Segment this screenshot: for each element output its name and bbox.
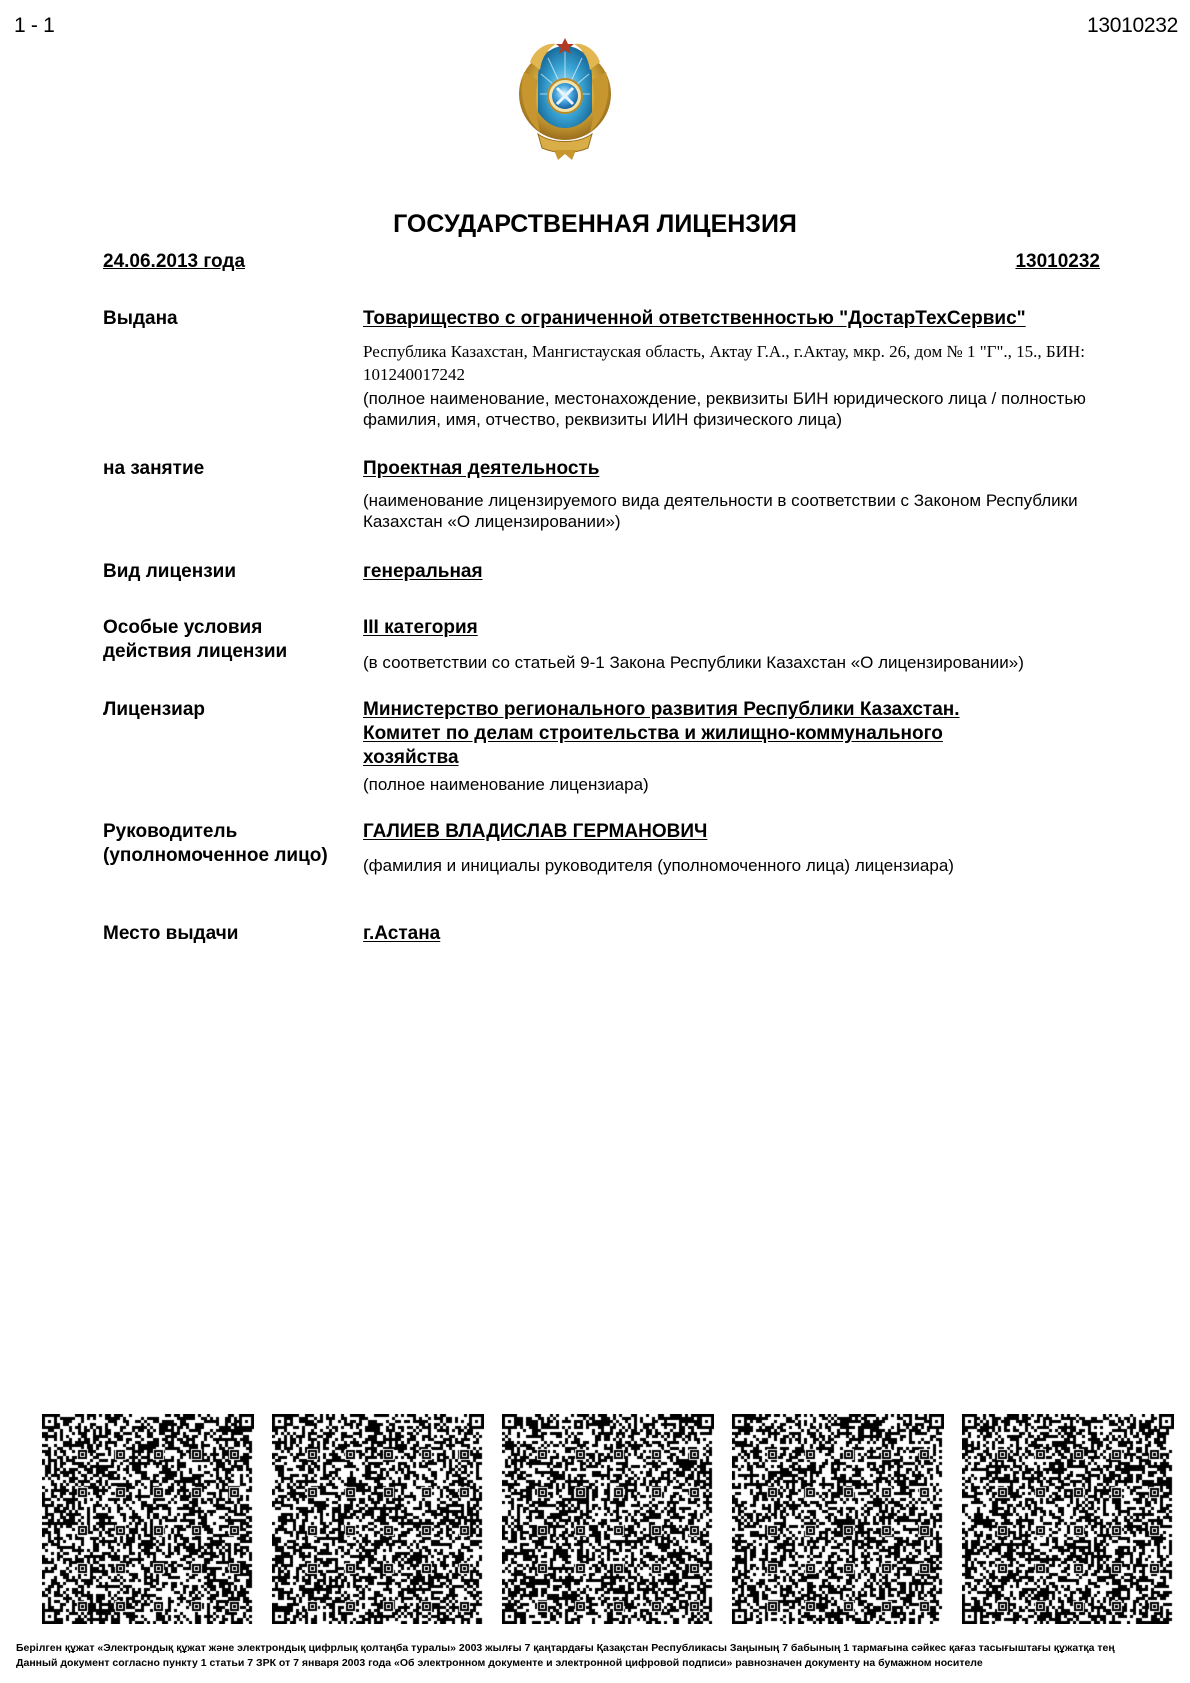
head-note: (фамилия и инициалы руководителя (уполно…	[363, 855, 1123, 876]
place-value: г.Астана	[363, 922, 1123, 946]
license-number: 13010232	[1015, 251, 1100, 273]
qr-code-icon	[962, 1414, 1174, 1624]
activity-value: Проектная деятельность	[363, 457, 1123, 481]
activity-note: (наименование лицензируемого вида деятел…	[363, 490, 1083, 532]
document-title: ГОСУДАРСТВЕННАЯ ЛИЦЕНЗИЯ	[0, 210, 1190, 239]
page-number: 1 - 1	[14, 14, 55, 38]
corner-license-id: 13010232	[1087, 14, 1178, 38]
issued-to-label: Выдана	[103, 307, 178, 331]
issued-to-note: (полное наименование, местонахождение, р…	[363, 388, 1103, 430]
license-type-label: Вид лицензии	[103, 560, 236, 584]
special-conditions-label-line1: Особые условия	[103, 616, 262, 640]
issued-to-value: Товарищество с ограниченной ответственно…	[363, 307, 1123, 331]
licensor-label: Лицензиар	[103, 698, 205, 722]
kazakhstan-state-emblem-icon	[516, 32, 614, 162]
qr-code-icon	[42, 1414, 254, 1624]
issue-date: 24.06.2013 года	[103, 251, 245, 273]
legal-footer: Берілген құжат «Электрондық құжат және э…	[16, 1641, 1186, 1671]
head-label-line2: (уполномоченное лицо)	[103, 844, 328, 868]
footer-line-kazakh: Берілген құжат «Электрондық құжат және э…	[16, 1641, 1186, 1656]
head-label-line1: Руководитель	[103, 820, 237, 844]
issued-to-address: Республика Казахстан, Мангистауская обла…	[363, 340, 1118, 386]
licensor-value-line1: Министерство регионального развития Респ…	[363, 698, 1123, 722]
licensor-note: (полное наименование лицензиара)	[363, 774, 1123, 795]
special-conditions-value: III категория	[363, 616, 1123, 640]
special-conditions-note: (в соответствии со статьей 9-1 Закона Ре…	[363, 652, 1123, 673]
qr-code-icon	[732, 1414, 944, 1624]
licensor-value-line3: хозяйства	[363, 746, 1123, 770]
license-type-value: генеральная	[363, 560, 1123, 584]
head-value: ГАЛИЕВ ВЛАДИСЛАВ ГЕРМАНОВИЧ	[363, 820, 1123, 844]
place-label: Место выдачи	[103, 922, 238, 946]
qr-code-icon	[272, 1414, 484, 1624]
footer-line-russian: Данный документ согласно пункту 1 статьи…	[16, 1656, 1186, 1671]
qr-code-icon	[502, 1414, 714, 1624]
activity-label: на занятие	[103, 457, 204, 481]
special-conditions-label-line2: действия лицензии	[103, 640, 287, 664]
licensor-value-line2: Комитет по делам строительства и жилищно…	[363, 722, 1123, 746]
